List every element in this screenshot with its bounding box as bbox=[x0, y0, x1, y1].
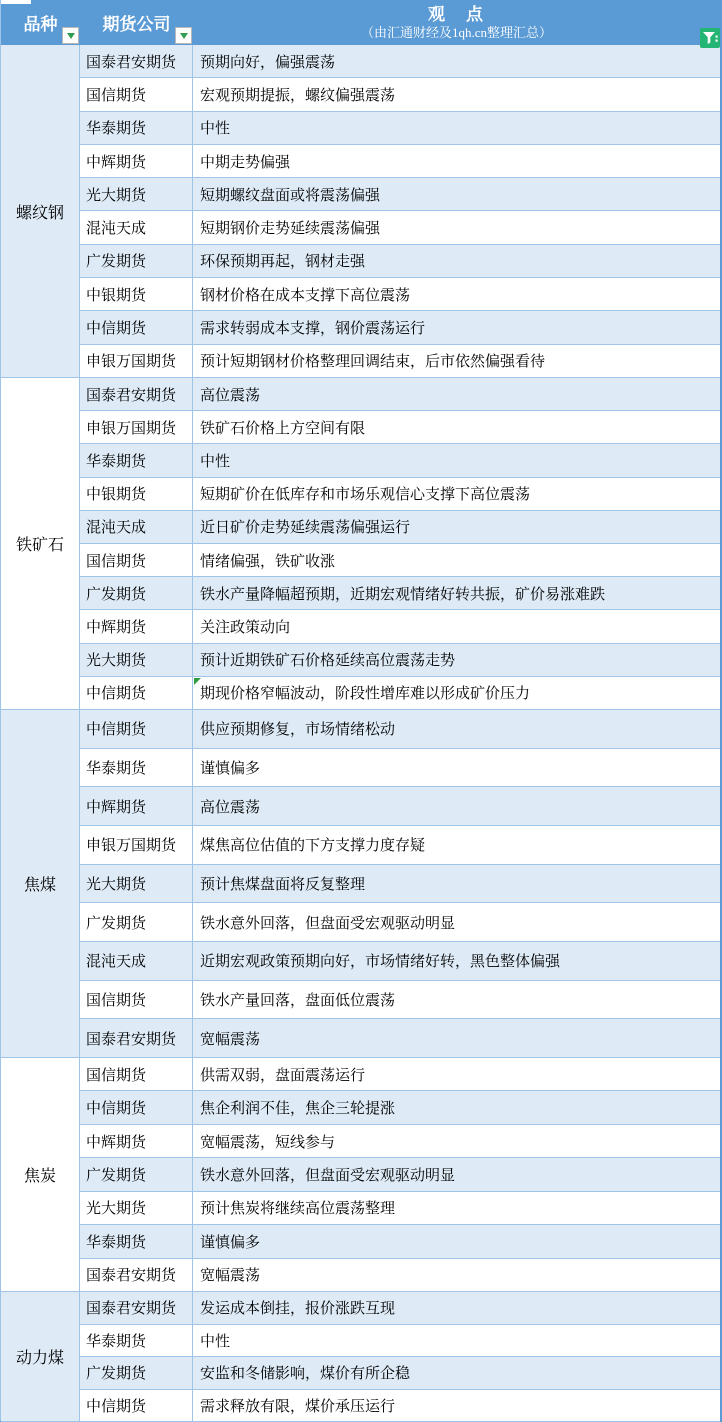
table-row: 中辉期货中期走势偏强 bbox=[80, 145, 720, 178]
table-body: 螺纹钢国泰君安期货预期向好，偏强震荡国信期货宏观预期提振，螺纹偏强震荡华泰期货中… bbox=[1, 45, 720, 1422]
company-cell[interactable]: 国信期货 bbox=[80, 544, 193, 576]
opinion-cell[interactable]: 预期向好，偏强震荡 bbox=[193, 45, 720, 77]
company-cell[interactable]: 国信期货 bbox=[80, 981, 193, 1019]
company-cell[interactable]: 中银期货 bbox=[80, 278, 193, 310]
company-name: 国泰君安期货 bbox=[86, 384, 176, 405]
company-name: 申银万国期货 bbox=[86, 834, 176, 855]
table-row: 混沌天成近期宏观政策预期向好，市场情绪好转，黑色整体偏强 bbox=[80, 942, 720, 981]
table-row: 混沌天成短期钢价走势延续震荡偏强 bbox=[80, 211, 720, 244]
variety-cell[interactable]: 铁矿石 bbox=[1, 378, 80, 710]
table-row: 光大期货预计近期铁矿石价格延续高位震荡走势 bbox=[80, 644, 720, 677]
table-row: 广发期货铁水意外回落，但盘面受宏观驱动明显 bbox=[80, 1158, 720, 1191]
opinion-text: 安监和冬储影响，煤价有所企稳 bbox=[200, 1362, 410, 1383]
opinion-cell[interactable]: 铁水产量降幅超预期，近期宏观情绪好转共振，矿价易涨难跌 bbox=[193, 577, 720, 609]
table-row: 中辉期货高位震荡 bbox=[80, 787, 720, 826]
company-cell[interactable]: 中辉期货 bbox=[80, 145, 193, 177]
opinion-cell[interactable]: 钢材价格在成本支撑下高位震荡 bbox=[193, 278, 720, 310]
opinion-text: 期现价格窄幅波动，阶段性增库难以形成矿价压力 bbox=[200, 682, 530, 703]
opinion-cell[interactable]: 预计短期钢材价格整理回调结束，后市依然偏强看待 bbox=[193, 345, 720, 377]
opinion-cell[interactable]: 预计近期铁矿石价格延续高位震荡走势 bbox=[193, 644, 720, 676]
opinion-cell[interactable]: 供需双弱，盘面震荡运行 bbox=[193, 1058, 720, 1090]
opinion-text: 宽幅震荡，短线参与 bbox=[200, 1131, 335, 1152]
variety-cell[interactable]: 螺纹钢 bbox=[1, 45, 80, 378]
company-cell[interactable]: 广发期货 bbox=[80, 245, 193, 277]
company-cell[interactable]: 光大期货 bbox=[80, 178, 193, 210]
company-cell[interactable]: 广发期货 bbox=[80, 577, 193, 609]
company-name: 中银期货 bbox=[86, 483, 146, 504]
opinion-cell[interactable]: 预计焦炭将继续高位震荡整理 bbox=[193, 1192, 720, 1224]
company-name: 申银万国期货 bbox=[86, 417, 176, 438]
table-row: 广发期货安监和冬储影响，煤价有所企稳 bbox=[80, 1357, 720, 1390]
opinion-cell[interactable]: 铁矿石价格上方空间有限 bbox=[193, 411, 720, 443]
opinion-text: 短期螺纹盘面或将震荡偏强 bbox=[200, 184, 380, 205]
company-cell[interactable]: 中辉期货 bbox=[80, 1125, 193, 1157]
company-cell[interactable]: 华泰期货 bbox=[80, 444, 193, 476]
opinion-text: 中性 bbox=[200, 450, 230, 471]
table-row: 广发期货铁水意外回落，但盘面受宏观驱动明显 bbox=[80, 903, 720, 942]
table-row: 中辉期货宽幅震荡，短线参与 bbox=[80, 1125, 720, 1158]
commodity-section: 焦煤中信期货供应预期修复，市场情绪松动华泰期货谨慎偏多中辉期货高位震荡申银万国期… bbox=[1, 710, 720, 1058]
variety-cell[interactable]: 焦煤 bbox=[1, 710, 80, 1058]
opinion-cell[interactable]: 焦企利润不佳，焦企三轮提涨 bbox=[193, 1091, 720, 1123]
section-rows: 中信期货供应预期修复，市场情绪松动华泰期货谨慎偏多中辉期货高位震荡申银万国期货煤… bbox=[80, 710, 720, 1058]
opinion-cell[interactable]: 谨慎偏多 bbox=[193, 1225, 720, 1257]
company-name: 华泰期货 bbox=[86, 1231, 146, 1252]
company-name: 华泰期货 bbox=[86, 757, 146, 778]
opinion-text: 关注政策动向 bbox=[200, 616, 290, 637]
company-cell[interactable]: 中信期货 bbox=[80, 677, 193, 709]
company-cell[interactable]: 国泰君安期货 bbox=[80, 1292, 193, 1324]
section-rows: 国泰君安期货高位震荡申银万国期货铁矿石价格上方空间有限华泰期货中性中银期货短期矿… bbox=[80, 378, 720, 710]
company-name: 华泰期货 bbox=[86, 450, 146, 471]
company-name: 广发期货 bbox=[86, 1362, 146, 1383]
opinion-cell[interactable]: 短期螺纹盘面或将震荡偏强 bbox=[193, 178, 720, 210]
opinion-cell[interactable]: 宽幅震荡，短线参与 bbox=[193, 1125, 720, 1157]
commodity-section: 焦炭国信期货供需双弱，盘面震荡运行中信期货焦企利润不佳，焦企三轮提涨中辉期货宽幅… bbox=[1, 1058, 720, 1292]
section-rows: 国泰君安期货预期向好，偏强震荡国信期货宏观预期提振，螺纹偏强震荡华泰期货中性中辉… bbox=[80, 45, 720, 378]
company-name: 中辉期货 bbox=[86, 616, 146, 637]
opinion-cell[interactable]: 短期钢价走势延续震荡偏强 bbox=[193, 211, 720, 243]
company-name: 国信期货 bbox=[86, 550, 146, 571]
table-row: 华泰期货谨慎偏多 bbox=[80, 1225, 720, 1258]
opinion-text: 供应预期修复，市场情绪松动 bbox=[200, 718, 395, 739]
table-row: 光大期货预计焦煤盘面将反复整理 bbox=[80, 865, 720, 904]
table-row: 国信期货铁水产量回落，盘面低位震荡 bbox=[80, 981, 720, 1020]
opinions-table: 品种 期货公司 观 点 （由汇通财经及1qh.cn整理汇总） 螺纹钢国泰君安期货… bbox=[0, 0, 722, 1422]
company-name: 光大期货 bbox=[86, 649, 146, 670]
company-cell[interactable]: 广发期货 bbox=[80, 903, 193, 941]
opinion-text: 发运成本倒挂，报价涨跌互现 bbox=[200, 1297, 395, 1318]
opinion-cell[interactable]: 高位震荡 bbox=[193, 787, 720, 825]
table-row: 国泰君安期货发运成本倒挂，报价涨跌互现 bbox=[80, 1292, 720, 1325]
company-cell[interactable]: 中信期货 bbox=[80, 1091, 193, 1123]
company-name: 混沌天成 bbox=[86, 950, 146, 971]
company-name: 国信期货 bbox=[86, 84, 146, 105]
commodity-section: 螺纹钢国泰君安期货预期向好，偏强震荡国信期货宏观预期提振，螺纹偏强震荡华泰期货中… bbox=[1, 45, 720, 378]
company-cell[interactable]: 申银万国期货 bbox=[80, 411, 193, 443]
opinion-text: 焦企利润不佳，焦企三轮提涨 bbox=[200, 1097, 395, 1118]
chevron-down-icon bbox=[180, 33, 188, 39]
opinion-cell[interactable]: 中性 bbox=[193, 444, 720, 476]
header-opinion-title: 观 点 bbox=[428, 4, 485, 25]
company-name: 广发期货 bbox=[86, 1164, 146, 1185]
variety-cell[interactable]: 动力煤 bbox=[1, 1292, 80, 1422]
company-name: 中信期货 bbox=[86, 1395, 146, 1416]
company-cell[interactable]: 混沌天成 bbox=[80, 211, 193, 243]
opinion-text: 铁水意外回落，但盘面受宏观驱动明显 bbox=[200, 912, 455, 933]
opinion-text: 铁水意外回落，但盘面受宏观驱动明显 bbox=[200, 1164, 455, 1185]
table-row: 混沌天成近日矿价走势延续震荡偏强运行 bbox=[80, 511, 720, 544]
header-company-label: 期货公司 bbox=[103, 10, 171, 35]
section-rows: 国信期货供需双弱，盘面震荡运行中信期货焦企利润不佳，焦企三轮提涨中辉期货宽幅震荡… bbox=[80, 1058, 720, 1292]
opinion-text: 中性 bbox=[200, 117, 230, 138]
company-cell[interactable]: 混沌天成 bbox=[80, 511, 193, 543]
table-row: 申银万国期货铁矿石价格上方空间有限 bbox=[80, 411, 720, 444]
opinion-text: 情绪偏强，铁矿收涨 bbox=[200, 550, 335, 571]
table-row: 华泰期货谨慎偏多 bbox=[80, 749, 720, 788]
opinion-cell[interactable]: 谨慎偏多 bbox=[193, 749, 720, 787]
company-cell[interactable]: 华泰期货 bbox=[80, 749, 193, 787]
table-row: 广发期货环保预期再起，钢材走强 bbox=[80, 245, 720, 278]
table-row: 光大期货预计焦炭将继续高位震荡整理 bbox=[80, 1192, 720, 1225]
table-row: 中信期货期现价格窄幅波动，阶段性增库难以形成矿价压力 bbox=[80, 677, 720, 710]
company-cell[interactable]: 广发期货 bbox=[80, 1158, 193, 1190]
opinion-text: 谨慎偏多 bbox=[200, 757, 260, 778]
header-opinion-subtitle: （由汇通财经及1qh.cn整理汇总） bbox=[361, 25, 552, 41]
opinion-text: 谨慎偏多 bbox=[200, 1231, 260, 1252]
company-cell[interactable]: 中辉期货 bbox=[80, 610, 193, 642]
opinion-text: 短期钢价走势延续震荡偏强 bbox=[200, 217, 380, 238]
table-row: 国泰君安期货预期向好，偏强震荡 bbox=[80, 45, 720, 78]
company-cell[interactable]: 广发期货 bbox=[80, 1357, 193, 1389]
opinion-text: 高位震荡 bbox=[200, 384, 260, 405]
table-row: 中信期货供应预期修复，市场情绪松动 bbox=[80, 710, 720, 749]
opinion-text: 预计近期铁矿石价格延续高位震荡走势 bbox=[200, 649, 455, 670]
company-cell[interactable]: 申银万国期货 bbox=[80, 345, 193, 377]
opinion-text: 短期矿价在低库存和市场乐观信心支撑下高位震荡 bbox=[200, 483, 530, 504]
company-name: 中辉期货 bbox=[86, 1131, 146, 1152]
table-row: 中银期货钢材价格在成本支撑下高位震荡 bbox=[80, 278, 720, 311]
opinion-text: 预计焦炭将继续高位震荡整理 bbox=[200, 1197, 395, 1218]
company-cell[interactable]: 国信期货 bbox=[80, 78, 193, 110]
company-name: 国泰君安期货 bbox=[86, 1264, 176, 1285]
company-cell[interactable]: 国泰君安期货 bbox=[80, 45, 193, 77]
company-cell[interactable]: 华泰期货 bbox=[80, 1325, 193, 1357]
company-name: 广发期货 bbox=[86, 912, 146, 933]
company-name: 华泰期货 bbox=[86, 117, 146, 138]
opinion-text: 宏观预期提振，螺纹偏强震荡 bbox=[200, 84, 395, 105]
opinion-cell[interactable]: 宽幅震荡 bbox=[193, 1019, 720, 1057]
opinion-cell[interactable]: 高位震荡 bbox=[193, 378, 720, 410]
header-variety-label: 品种 bbox=[24, 10, 58, 35]
table-row: 中信期货需求释放有限，煤价承压运行 bbox=[80, 1390, 720, 1422]
company-name: 光大期货 bbox=[86, 873, 146, 894]
opinion-cell[interactable]: 铁水意外回落，但盘面受宏观驱动明显 bbox=[193, 903, 720, 941]
company-name: 中信期货 bbox=[86, 718, 146, 739]
company-filter-dropdown[interactable] bbox=[175, 27, 192, 44]
company-name: 混沌天成 bbox=[86, 516, 146, 537]
table-header: 品种 期货公司 观 点 （由汇通财经及1qh.cn整理汇总） bbox=[1, 0, 720, 45]
opinion-text: 钢材价格在成本支撑下高位震荡 bbox=[200, 284, 410, 305]
opinion-cell[interactable]: 短期矿价在低库存和市场乐观信心支撑下高位震荡 bbox=[193, 478, 720, 510]
table-row: 中银期货短期矿价在低库存和市场乐观信心支撑下高位震荡 bbox=[80, 478, 720, 511]
company-cell[interactable]: 华泰期货 bbox=[80, 112, 193, 144]
opinion-text: 铁水产量回落，盘面低位震荡 bbox=[200, 989, 395, 1010]
company-name: 中辉期货 bbox=[86, 796, 146, 817]
company-cell[interactable]: 中信期货 bbox=[80, 311, 193, 343]
table-row: 广发期货铁水产量降幅超预期，近期宏观情绪好转共振，矿价易涨难跌 bbox=[80, 577, 720, 610]
company-name: 光大期货 bbox=[86, 1197, 146, 1218]
table-row: 华泰期货中性 bbox=[80, 444, 720, 477]
opinion-cell[interactable]: 情绪偏强，铁矿收涨 bbox=[193, 544, 720, 576]
table-row: 华泰期货中性 bbox=[80, 1325, 720, 1358]
opinion-cell[interactable]: 中期走势偏强 bbox=[193, 145, 720, 177]
chevron-down-icon bbox=[67, 33, 75, 39]
company-name: 混沌天成 bbox=[86, 217, 146, 238]
opinion-text: 需求转弱成本支撑，钢价震荡运行 bbox=[200, 317, 425, 338]
section-rows: 国泰君安期货发运成本倒挂，报价涨跌互现华泰期货中性广发期货安监和冬储影响，煤价有… bbox=[80, 1292, 720, 1422]
table-row: 国泰君安期货高位震荡 bbox=[80, 378, 720, 411]
company-name: 国信期货 bbox=[86, 1064, 146, 1085]
opinion-text: 高位震荡 bbox=[200, 796, 260, 817]
opinion-text: 预计短期钢材价格整理回调结束，后市依然偏强看待 bbox=[200, 350, 545, 371]
table-row: 光大期货短期螺纹盘面或将震荡偏强 bbox=[80, 178, 720, 211]
company-name: 国泰君安期货 bbox=[86, 51, 176, 72]
opinion-text: 中期走势偏强 bbox=[200, 151, 290, 172]
opinion-text: 宽幅震荡 bbox=[200, 1028, 260, 1049]
table-row: 申银万国期货煤焦高位估值的下方支撑力度存疑 bbox=[80, 826, 720, 865]
table-row: 中信期货需求转弱成本支撑，钢价震荡运行 bbox=[80, 311, 720, 344]
opinion-text: 近日矿价走势延续震荡偏强运行 bbox=[200, 516, 410, 537]
header-variety-cell: 品种 bbox=[1, 0, 80, 45]
company-name: 广发期货 bbox=[86, 583, 146, 604]
company-cell[interactable]: 中信期货 bbox=[80, 710, 193, 748]
company-name: 国泰君安期货 bbox=[86, 1297, 176, 1318]
table-row: 中辉期货关注政策动向 bbox=[80, 610, 720, 643]
company-cell[interactable]: 国泰君安期货 bbox=[80, 1019, 193, 1057]
opinion-cell[interactable]: 安监和冬储影响，煤价有所企稳 bbox=[193, 1357, 720, 1389]
opinion-cell[interactable]: 中性 bbox=[193, 112, 720, 144]
company-name: 中辉期货 bbox=[86, 151, 146, 172]
table-row: 国信期货宏观预期提振，螺纹偏强震荡 bbox=[80, 78, 720, 111]
company-cell[interactable]: 华泰期货 bbox=[80, 1225, 193, 1257]
opinion-cell[interactable]: 期现价格窄幅波动，阶段性增库难以形成矿价压力 bbox=[193, 677, 720, 709]
table-row: 申银万国期货预计短期钢材价格整理回调结束，后市依然偏强看待 bbox=[80, 345, 720, 378]
opinion-text: 宽幅震荡 bbox=[200, 1264, 260, 1285]
company-name: 中信期货 bbox=[86, 682, 146, 703]
opinion-text: 铁水产量降幅超预期，近期宏观情绪好转共振，矿价易涨难跌 bbox=[200, 583, 605, 604]
table-row: 国泰君安期货宽幅震荡 bbox=[80, 1259, 720, 1292]
company-name: 中信期货 bbox=[86, 1097, 146, 1118]
opinion-cell[interactable]: 需求转弱成本支撑，钢价震荡运行 bbox=[193, 311, 720, 343]
header-opinion-cell: 观 点 （由汇通财经及1qh.cn整理汇总） bbox=[193, 0, 720, 45]
opinion-cell[interactable]: 关注政策动向 bbox=[193, 610, 720, 642]
opinion-cell[interactable]: 环保预期再起，钢材走强 bbox=[193, 245, 720, 277]
opinion-cell[interactable]: 中性 bbox=[193, 1325, 720, 1357]
company-name: 华泰期货 bbox=[86, 1330, 146, 1351]
opinion-cell[interactable]: 煤焦高位估值的下方支撑力度存疑 bbox=[193, 826, 720, 864]
opinion-cell[interactable]: 需求释放有限，煤价承压运行 bbox=[193, 1390, 720, 1422]
opinion-cell[interactable]: 近期宏观政策预期向好，市场情绪好转，黑色整体偏强 bbox=[193, 942, 720, 980]
company-name: 国泰君安期货 bbox=[86, 1028, 176, 1049]
opinion-text: 预期向好，偏强震荡 bbox=[200, 51, 335, 72]
company-cell[interactable]: 中银期货 bbox=[80, 478, 193, 510]
opinion-text: 中性 bbox=[200, 1330, 230, 1351]
opinion-cell[interactable]: 宏观预期提振，螺纹偏强震荡 bbox=[193, 78, 720, 110]
table-row: 国信期货供需双弱，盘面震荡运行 bbox=[80, 1058, 720, 1091]
company-cell[interactable]: 光大期货 bbox=[80, 1192, 193, 1224]
company-name: 广发期货 bbox=[86, 250, 146, 271]
opinion-text: 环保预期再起，钢材走强 bbox=[200, 250, 365, 271]
company-cell[interactable]: 国泰君安期货 bbox=[80, 1259, 193, 1291]
company-cell[interactable]: 中信期货 bbox=[80, 1390, 193, 1422]
company-cell[interactable]: 光大期货 bbox=[80, 644, 193, 676]
comment-marker bbox=[194, 678, 201, 685]
table-row: 华泰期货中性 bbox=[80, 112, 720, 145]
commodity-section: 铁矿石国泰君安期货高位震荡申银万国期货铁矿石价格上方空间有限华泰期货中性中银期货… bbox=[1, 378, 720, 710]
opinion-cell[interactable]: 近日矿价走势延续震荡偏强运行 bbox=[193, 511, 720, 543]
opinion-text: 预计焦煤盘面将反复整理 bbox=[200, 873, 365, 894]
opinion-cell[interactable]: 发运成本倒挂，报价涨跌互现 bbox=[193, 1292, 720, 1324]
opinion-cell[interactable]: 预计焦煤盘面将反复整理 bbox=[193, 865, 720, 903]
company-cell[interactable]: 国信期货 bbox=[80, 1058, 193, 1090]
opinion-cell[interactable]: 铁水意外回落，但盘面受宏观驱动明显 bbox=[193, 1158, 720, 1190]
company-name: 中银期货 bbox=[86, 284, 146, 305]
variety-filter-dropdown[interactable] bbox=[62, 27, 79, 44]
table-row: 国信期货情绪偏强，铁矿收涨 bbox=[80, 544, 720, 577]
opinion-text: 供需双弱，盘面震荡运行 bbox=[200, 1064, 365, 1085]
table-row: 中信期货焦企利润不佳，焦企三轮提涨 bbox=[80, 1091, 720, 1124]
opinion-cell[interactable]: 铁水产量回落，盘面低位震荡 bbox=[193, 981, 720, 1019]
company-name: 申银万国期货 bbox=[86, 350, 176, 371]
company-cell[interactable]: 中辉期货 bbox=[80, 787, 193, 825]
opinion-cell[interactable]: 供应预期修复，市场情绪松动 bbox=[193, 710, 720, 748]
table-row: 国泰君安期货宽幅震荡 bbox=[80, 1019, 720, 1058]
opinion-text: 铁矿石价格上方空间有限 bbox=[200, 417, 365, 438]
opinion-cell[interactable]: 宽幅震荡 bbox=[193, 1259, 720, 1291]
commodity-section: 动力煤国泰君安期货发运成本倒挂，报价涨跌互现华泰期货中性广发期货安监和冬储影响，… bbox=[1, 1292, 720, 1422]
variety-cell[interactable]: 焦炭 bbox=[1, 1058, 80, 1292]
opinion-text: 煤焦高位估值的下方支撑力度存疑 bbox=[200, 834, 425, 855]
company-name: 国信期货 bbox=[86, 989, 146, 1010]
company-cell[interactable]: 国泰君安期货 bbox=[80, 378, 193, 410]
company-cell[interactable]: 混沌天成 bbox=[80, 942, 193, 980]
header-company-cell: 期货公司 bbox=[80, 0, 193, 45]
company-cell[interactable]: 光大期货 bbox=[80, 865, 193, 903]
company-cell[interactable]: 申银万国期货 bbox=[80, 826, 193, 864]
company-name: 光大期货 bbox=[86, 184, 146, 205]
opinion-text: 需求释放有限，煤价承压运行 bbox=[200, 1395, 395, 1416]
company-name: 中信期货 bbox=[86, 317, 146, 338]
opinion-text: 近期宏观政策预期向好，市场情绪好转，黑色整体偏强 bbox=[200, 950, 560, 971]
